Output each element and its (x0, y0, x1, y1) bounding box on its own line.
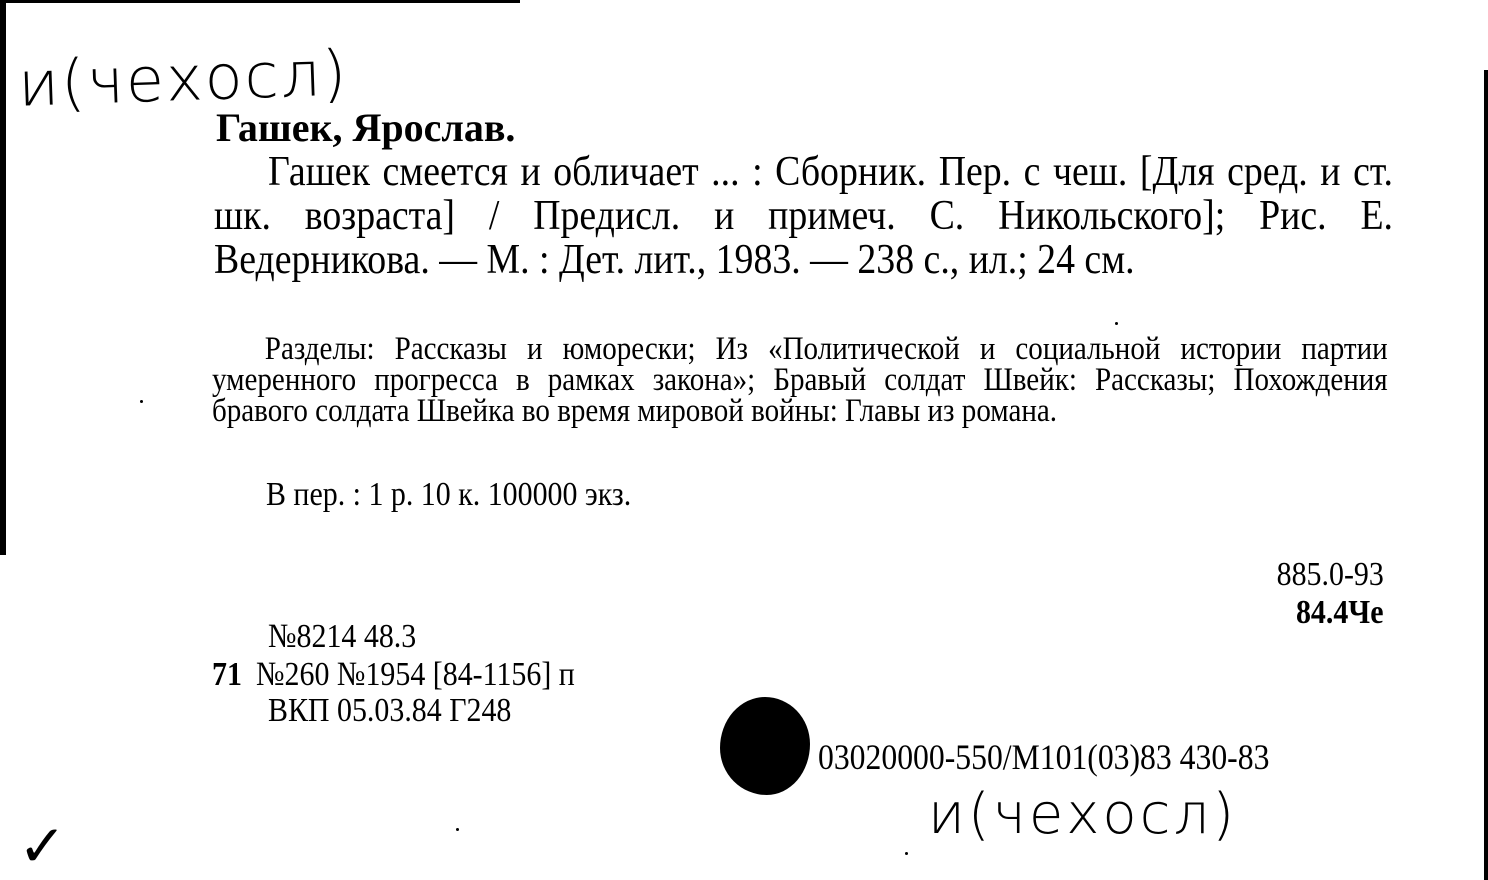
speck (905, 852, 908, 855)
contents-note: Разделы: Рассказы и юморески; Из «Полити… (212, 334, 1388, 427)
author-heading: Гашек, Ярослав. (216, 104, 515, 151)
price-and-print-run: В пер. : 1 р. 10 к. 100000 экз. (266, 476, 631, 514)
bibliographic-description: Гашек смеется и обличает ... : Сборник. … (214, 150, 1393, 282)
card-edge-top (0, 0, 520, 3)
registration-line-1: №8214 48.3 (268, 618, 416, 656)
punch-hole-icon (720, 697, 810, 795)
registration-line-3: ВКП 05.03.84 Г248 (268, 692, 511, 730)
card-edge-right (1484, 70, 1488, 880)
speck (1115, 322, 1118, 325)
bbk-classification: 84.4Че (1296, 594, 1384, 632)
contents-text: Разделы: Рассказы и юморески; Из «Полити… (212, 334, 1388, 427)
registration-line-2: 71№260 №1954 [84-1156] п (212, 656, 575, 694)
isbn-line: 03020000-550/М101(03)83 430-83 (818, 736, 1269, 778)
speck (456, 828, 459, 831)
speck (140, 400, 143, 403)
registration-line-2-text: №260 №1954 [84-1156] п (256, 656, 575, 693)
library-catalog-card: и(чехосл) Гашек, Ярослав. Гашек смеется … (0, 0, 1488, 880)
handwritten-note-bottom: и(чехосл) (928, 782, 1237, 847)
udc-classification: 885.0-93 (1277, 556, 1384, 594)
checkmark-icon: ✓ (18, 812, 67, 880)
description-text: Гашек смеется и обличает ... : Сборник. … (214, 150, 1393, 282)
card-edge-left (0, 0, 6, 555)
registration-prefix: 71 (212, 656, 242, 693)
